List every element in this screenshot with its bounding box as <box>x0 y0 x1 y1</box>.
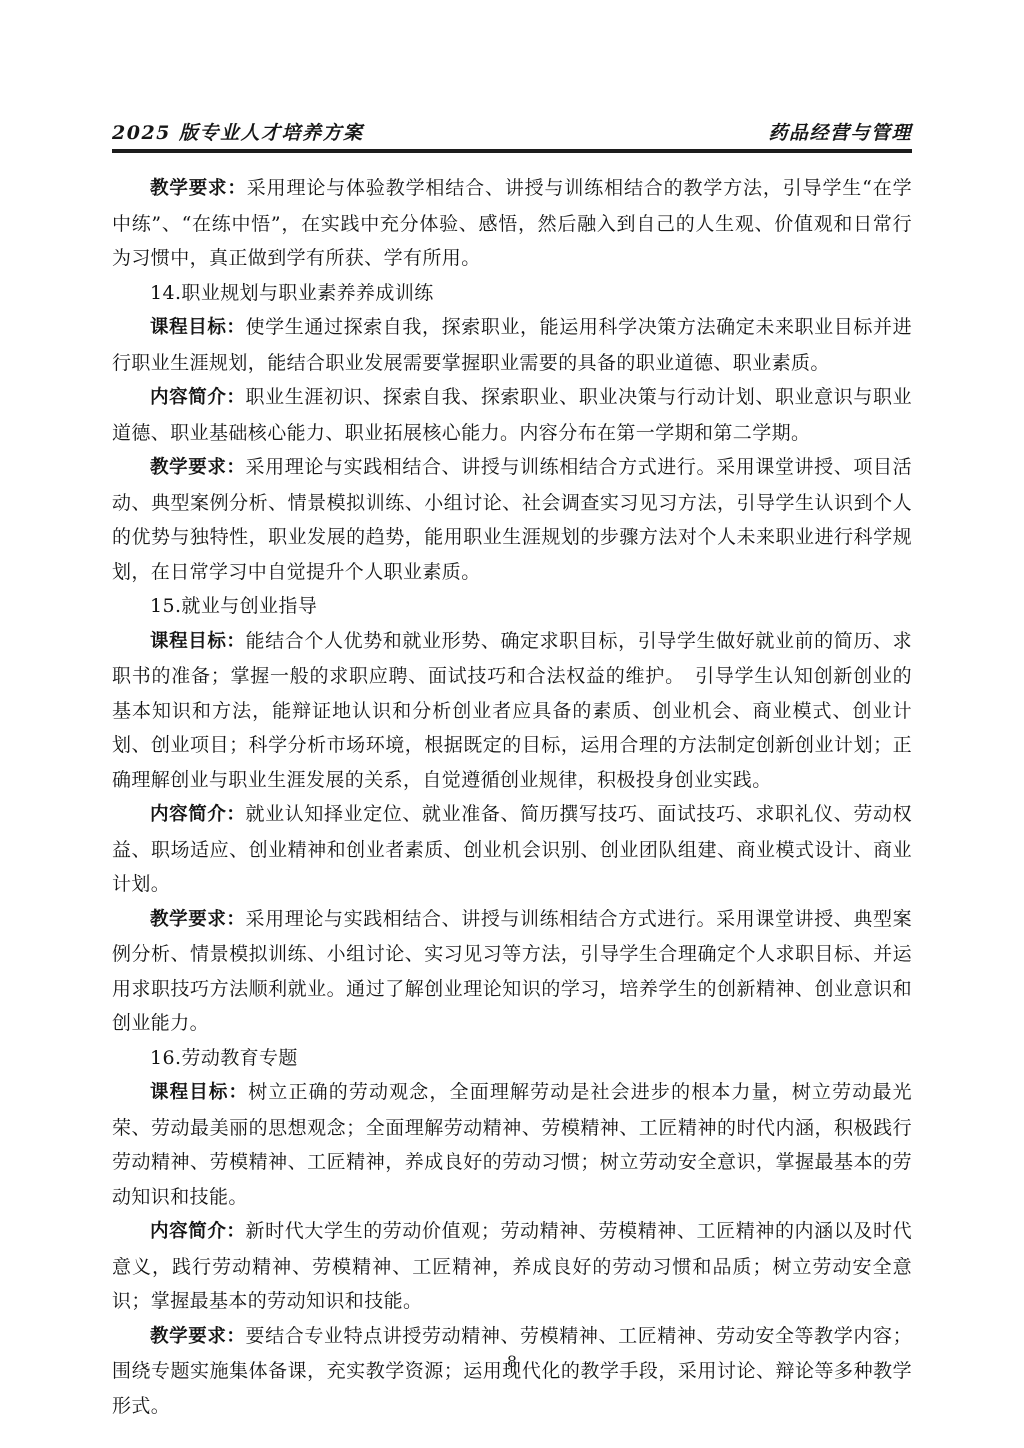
paragraph: 课程目标：树立正确的劳动观念，全面理解劳动是社会进步的根本力量，树立劳动最光荣、… <box>112 1075 912 1214</box>
header-title-left: 2025 版专业人才培养方案 <box>112 118 364 145</box>
paragraph-label: 课程目标： <box>150 1082 248 1103</box>
page-number: 8 <box>507 1352 517 1371</box>
document-body: 教学要求：采用理论与体验教学相结合、讲授与训练相结合的教学方法，引导学生“在学中… <box>112 171 912 1423</box>
paragraph-label: 课程目标： <box>150 317 246 338</box>
page-footer: 8 <box>0 1352 1024 1371</box>
paragraph-label: 教学要求： <box>150 178 247 199</box>
paragraph-label: 内容简介： <box>150 387 246 408</box>
paragraph-label: 教学要求： <box>150 457 246 478</box>
paragraph-label: 内容简介： <box>150 1221 246 1242</box>
document-page: 2025 版专业人才培养方案 药品经营与管理 教学要求：采用理论与体验教学相结合… <box>0 0 1024 1448</box>
section-heading: 14.职业规划与职业素养养成训练 <box>112 276 912 311</box>
paragraph: 教学要求：采用理论与实践相结合、讲授与训练相结合方式进行。采用课堂讲授、典型案例… <box>112 902 912 1041</box>
paragraph: 教学要求：采用理论与体验教学相结合、讲授与训练相结合的教学方法，引导学生“在学中… <box>112 171 912 276</box>
paragraph-label: 课程目标： <box>150 631 246 652</box>
section-heading: 15.就业与创业指导 <box>112 589 912 624</box>
section-heading: 16.劳动教育专题 <box>112 1041 912 1076</box>
paragraph: 内容简介：职业生涯初识、探索自我、探索职业、职业决策与行动计划、职业意识与职业道… <box>112 380 912 450</box>
paragraph-label: 教学要求： <box>150 1326 246 1347</box>
header-title-right: 药品经营与管理 <box>768 118 912 145</box>
paragraph: 课程目标：使学生通过探索自我，探索职业，能运用科学决策方法确定未来职业目标并进行… <box>112 310 912 380</box>
paragraph-label: 内容简介： <box>150 804 246 825</box>
paragraph: 内容简介：就业认知择业定位、就业准备、简历撰写技巧、面试技巧、求职礼仪、劳动权益… <box>112 797 912 902</box>
paragraph: 教学要求：采用理论与实践相结合、讲授与训练相结合方式进行。采用课堂讲授、项目活动… <box>112 450 912 589</box>
page-header: 2025 版专业人才培养方案 药品经营与管理 <box>112 118 912 145</box>
paragraph: 内容简介：新时代大学生的劳动价值观；劳动精神、劳模精神、工匠精神的内涵以及时代意… <box>112 1214 912 1319</box>
paragraph-label: 教学要求： <box>150 909 246 930</box>
header-rule-divider <box>112 149 912 153</box>
paragraph: 课程目标：能结合个人优势和就业形势、确定求职目标，引导学生做好就业前的简历、求职… <box>112 624 912 798</box>
